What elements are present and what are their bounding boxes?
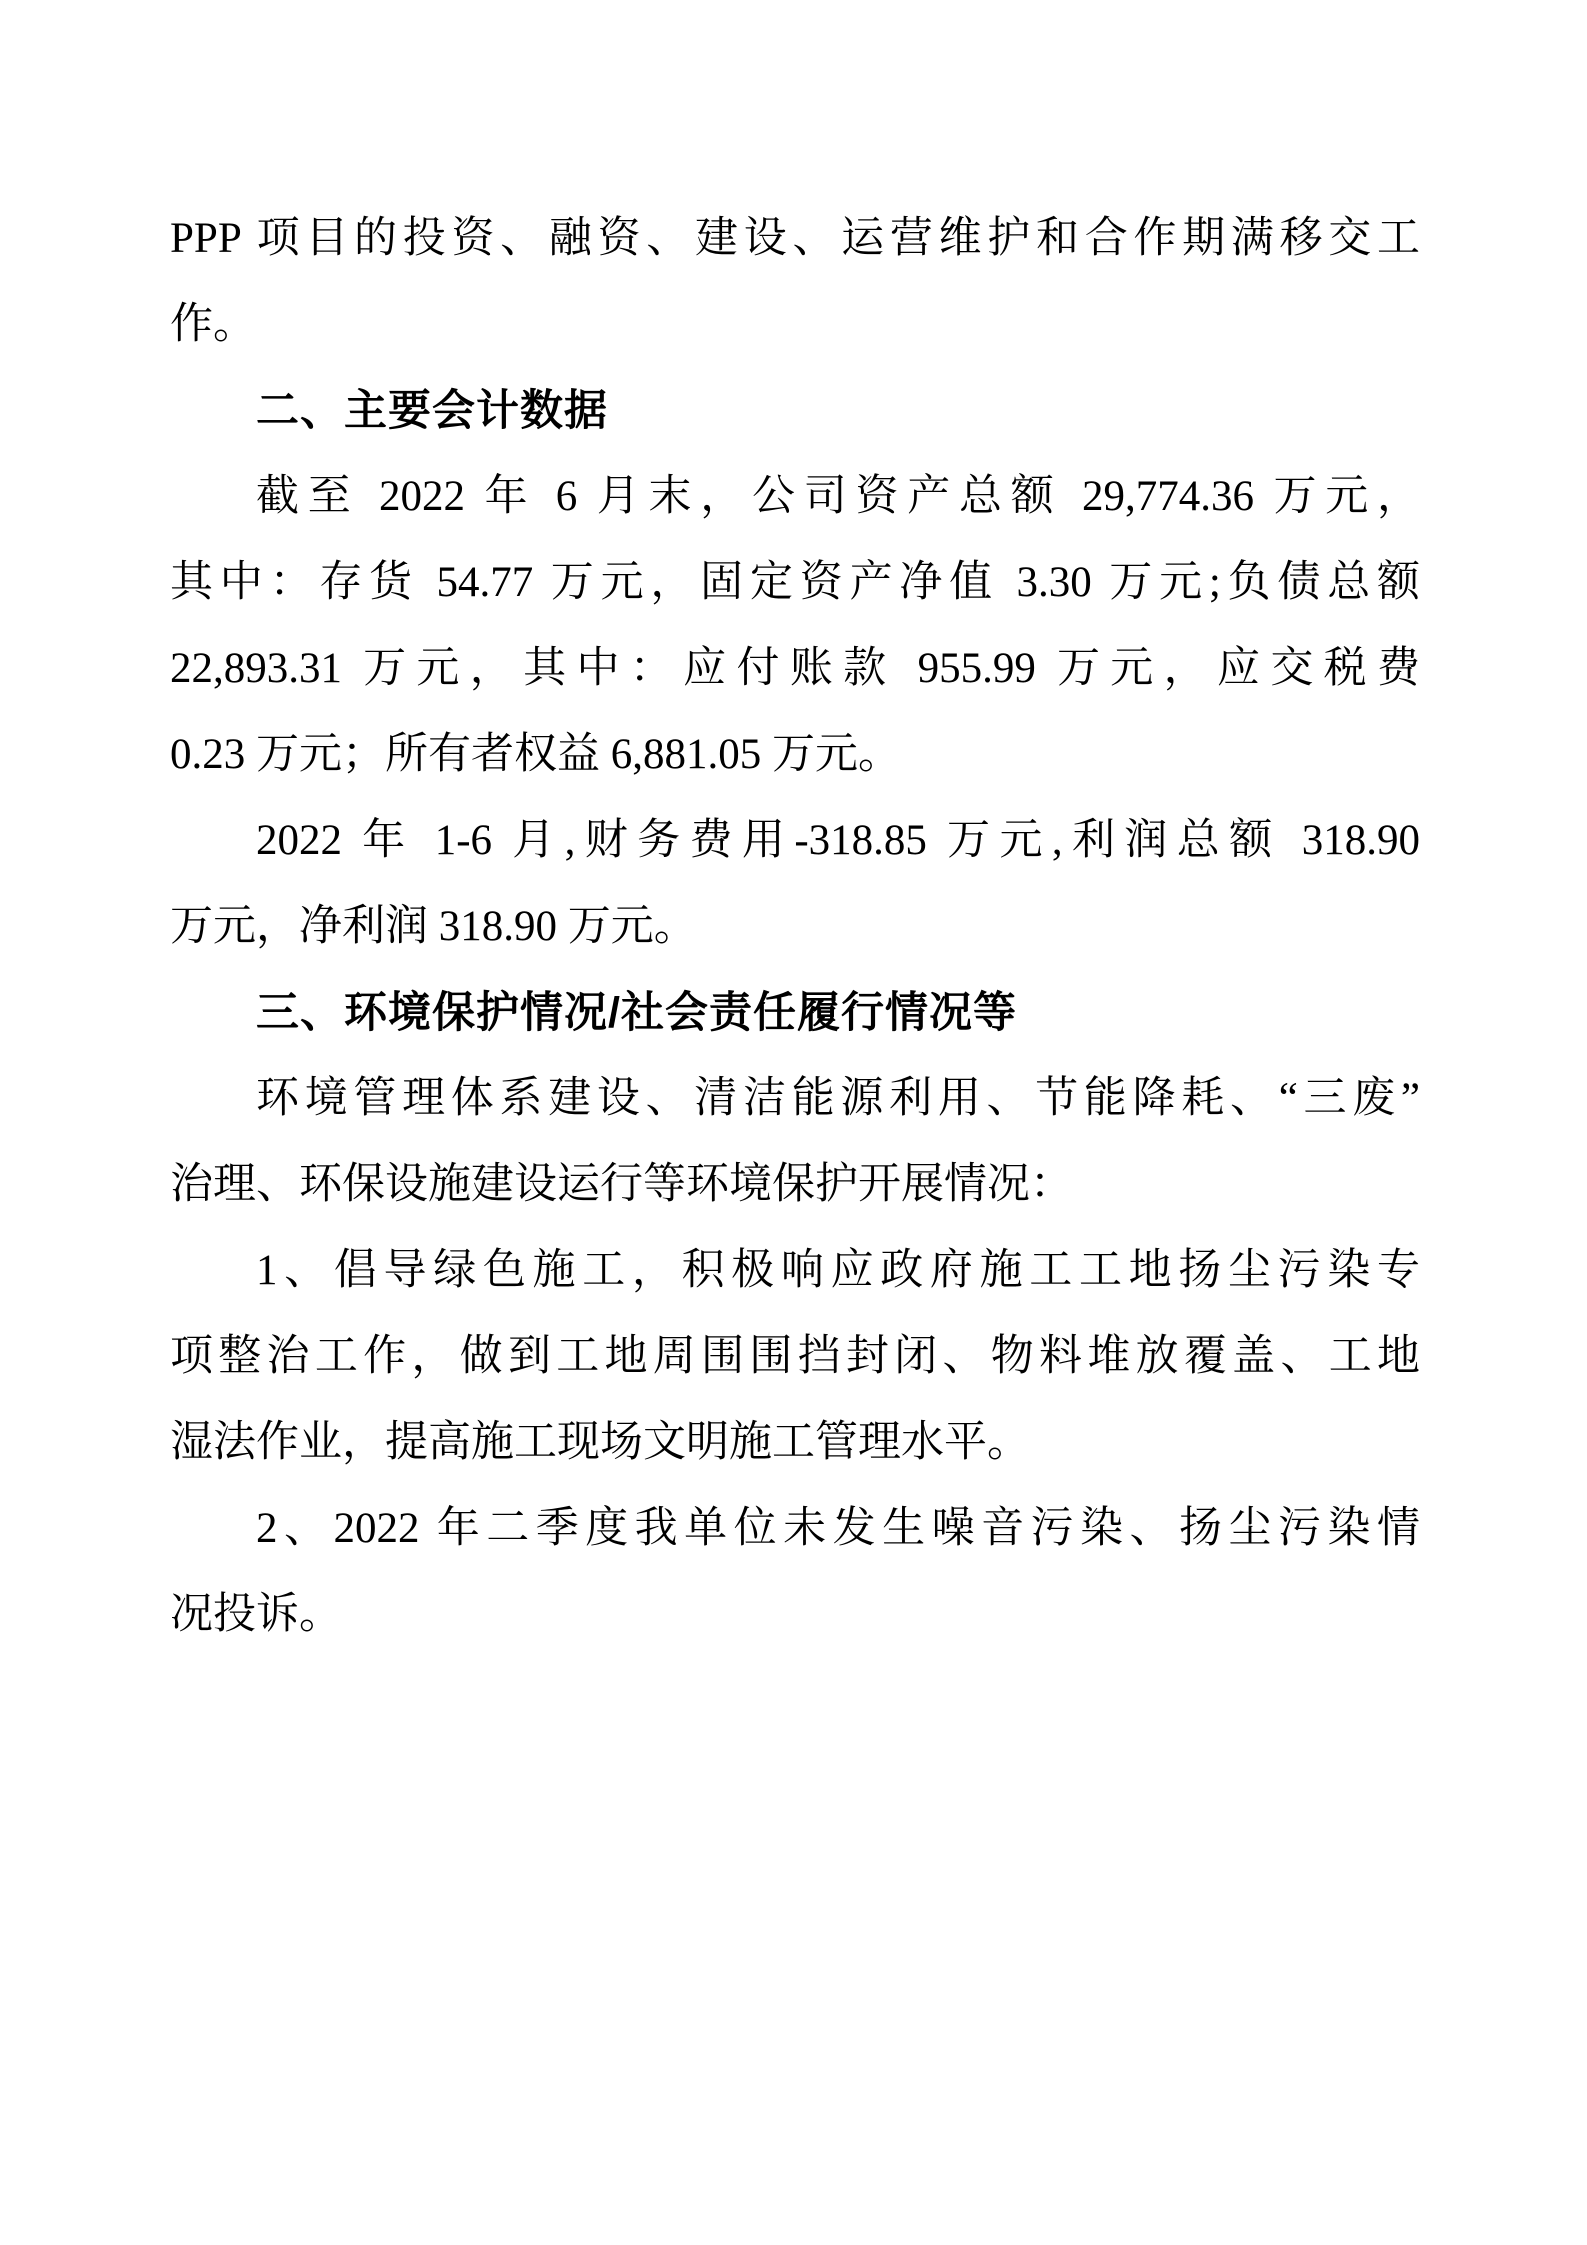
text-line: 0.23 万元；所有者权益 6,881.05 万元。 (170, 712, 1420, 798)
section-heading: 二、主要会计数据 (170, 368, 1420, 454)
text-line: 2、2022 年二季度我单位未发生噪音污染、扬尘污染情 (170, 1486, 1420, 1572)
text-line: 1、倡导绿色施工，积极响应政府施工工地扬尘污染专 (170, 1228, 1420, 1314)
text-line: PPP 项目的投资、融资、建设、运营维护和合作期满移交工 (170, 196, 1420, 282)
text-line: 治理、环保设施建设运行等环境保护开展情况： (170, 1142, 1420, 1228)
text-line: 环境管理体系建设、清洁能源利用、节能降耗、“三废” (170, 1056, 1420, 1142)
text-line: 其中：存货 54.77 万元，固定资产净值 3.30 万元;负债总额 (170, 540, 1420, 626)
text-line: 湿法作业，提高施工现场文明施工管理水平。 (170, 1400, 1420, 1486)
document-page: PPP 项目的投资、融资、建设、运营维护和合作期满移交工作。二、主要会计数据截至… (0, 0, 1587, 2245)
text-line: 2022 年 1-6 月,财务费用-318.85 万元,利润总额 318.90 (170, 798, 1420, 884)
text-line: 万元，净利润 318.90 万元。 (170, 884, 1420, 970)
section-heading: 三、环境保护情况/社会责任履行情况等 (170, 970, 1420, 1056)
text-line: 项整治工作，做到工地周围围挡封闭、物料堆放覆盖、工地 (170, 1314, 1420, 1400)
text-line: 作。 (170, 282, 1420, 368)
text-line: 况投诉。 (170, 1572, 1420, 1658)
text-line: 截至 2022 年 6 月末，公司资产总额 29,774.36 万元， (170, 454, 1420, 540)
text-line: 22,893.31 万元，其中：应付账款 955.99 万元，应交税费 (170, 626, 1420, 712)
